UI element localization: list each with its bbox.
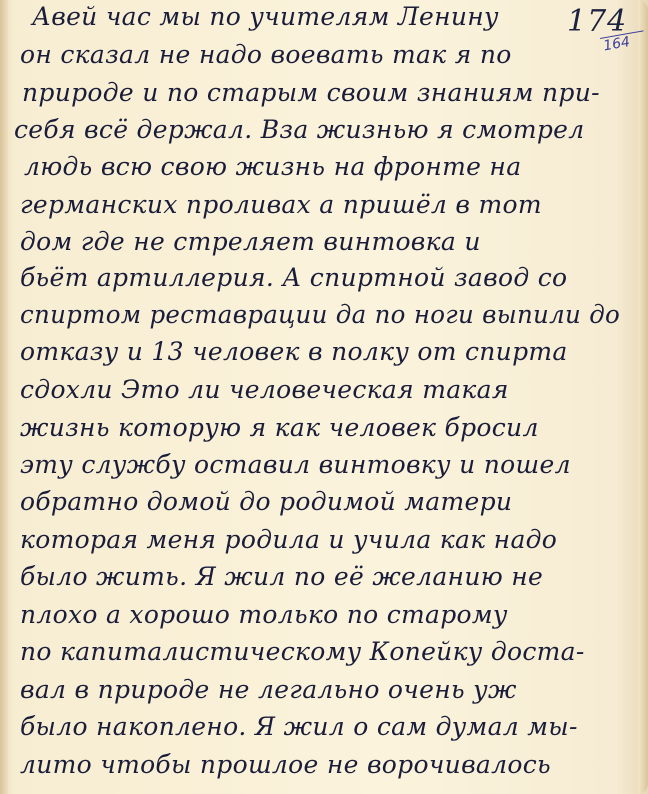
text-line: бьёт артиллерия. А спиртной завод со [20, 263, 567, 292]
text-line: дом где не стреляет винтовка и [20, 227, 481, 256]
text-line: спиртом реставрации да по ноги выпили до [20, 300, 620, 329]
page-right-edge [638, 0, 648, 794]
text-line: обратно домой до родимой матери [20, 487, 512, 516]
text-line: он сказал не надо воевать так я по [20, 40, 512, 69]
text-line: людь всю свою жизнь на фронте на [24, 152, 521, 181]
page-binding-edge [0, 0, 8, 794]
text-line: по капиталистическому Копейку доста- [20, 637, 585, 666]
notebook-page: 174 164 Авей час мы по учителям Ленину о… [0, 0, 648, 794]
text-line: лито чтобы прошлое не ворочивалось [20, 750, 551, 779]
text-line: сдохли Это ли человеческая такая [20, 375, 509, 404]
text-line: жизнь которую я как человек бросил [20, 413, 539, 442]
text-line: германских проливах а пришёл в тот [20, 190, 542, 219]
text-line: вал в природе не легально очень уж [20, 675, 517, 704]
text-line: было жить. Я жил по её желанию не [20, 562, 543, 591]
text-line: Авей час мы по учителям Ленину [32, 2, 499, 31]
text-line: плохо а хорошо только по старому [20, 600, 508, 629]
text-line: которая меня родила и учила как надо [20, 525, 557, 554]
text-line: себя всё держал. Вза жизнью я смотрел [14, 115, 584, 144]
text-line: эту службу оставил винтовку и пошел [20, 450, 571, 479]
text-line: природе и по старым своим знаниям при- [22, 78, 600, 107]
text-line: отказу и 13 человек в полку от спирта [20, 337, 568, 366]
text-line: было накоплено. Я жил о сам думал мы- [20, 712, 578, 741]
